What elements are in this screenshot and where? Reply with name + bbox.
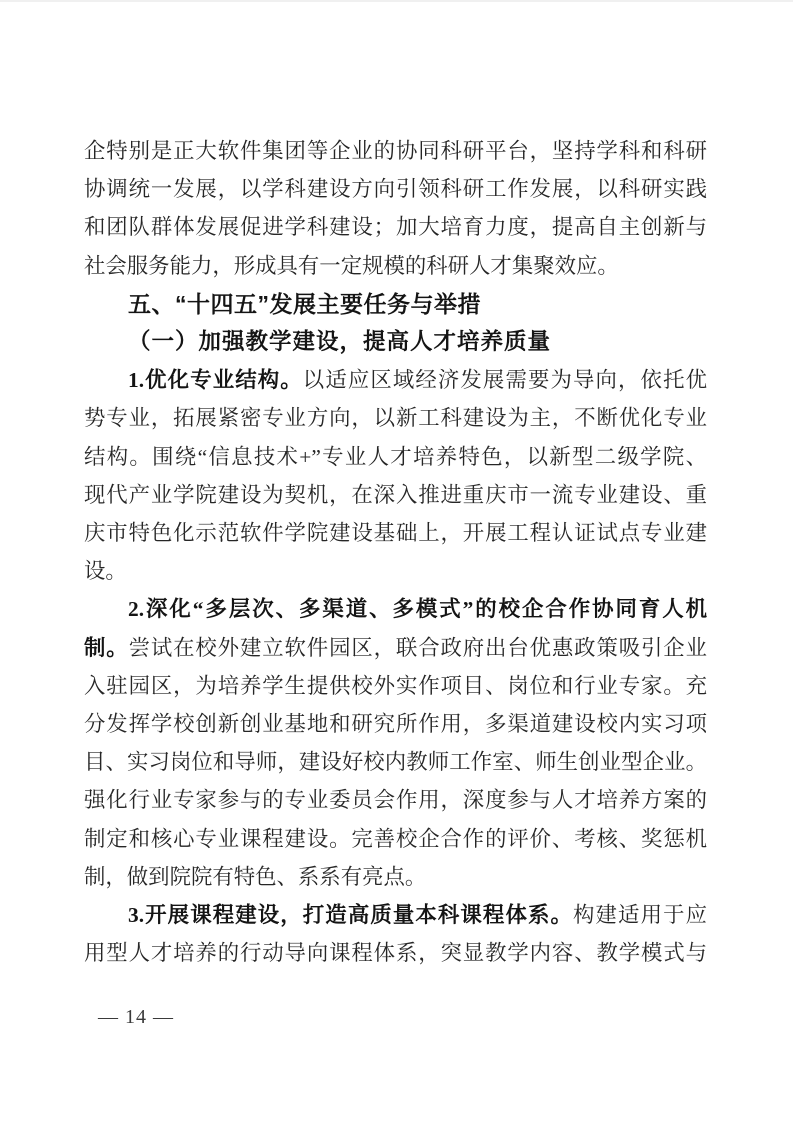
- emphasis-text: 制。: [84, 636, 129, 660]
- text-line: 入驻园区，为培养学生提供校外实作项目、岗位和行业专家。充: [84, 667, 707, 705]
- emphasis-text: 五、“十四五”发展主要任务与举措: [128, 291, 481, 317]
- body-text: 以适应区域经济发展需要为导向，依托优: [303, 368, 707, 392]
- body-text: 入驻园区，为培养学生提供校外实作项目、岗位和行业专家。充: [84, 674, 707, 698]
- body-text: 现代产业学院建设为契机，在深入推进重庆市一流专业建设、重: [84, 483, 707, 507]
- text-line: 势专业，拓展紧密专业方向，以新工科建设为主，不断优化专业: [84, 399, 707, 437]
- document-page: 企特别是正大软件集团等企业的协同科研平台，坚持学科和科研协调统一发展，以学科建设…: [0, 0, 793, 1122]
- body-text: 势专业，拓展紧密专业方向，以新工科建设为主，不断优化专业: [84, 406, 707, 430]
- emphasis-text: （一）加强教学建设，提高人才培养质量: [128, 329, 551, 354]
- body-text: 协调统一发展，以学科建设方向引领科研工作发展，以科研实践: [84, 177, 707, 201]
- body-text: 强化行业专家参与的专业委员会作用，深度参与人才培养方案的: [84, 788, 707, 812]
- body-text: 结构。围绕“信息技术+”专业人才培养特色，以新型二级学院、: [84, 445, 707, 469]
- body-text: 设。: [84, 559, 127, 583]
- text-line: 协调统一发展，以学科建设方向引领科研工作发展，以科研实践: [84, 170, 707, 208]
- emphasis-text: 2.深化“多层次、多渠道、多模式”的校企合作协同育人机: [128, 597, 707, 621]
- body-text: 用型人才培养的行动导向课程体系，突显教学内容、教学模式与: [84, 941, 707, 965]
- text-line: 五、“十四五”发展主要任务与举措: [84, 285, 707, 323]
- text-line: 3.开展课程建设，打造高质量本科课程体系。构建适用于应: [84, 896, 707, 934]
- body-text: 分发挥学校创新创业基地和研究所作用，多渠道建设校内实习项: [84, 712, 707, 736]
- text-line: 设。: [84, 552, 707, 590]
- text-line: 分发挥学校创新创业基地和研究所作用，多渠道建设校内实习项: [84, 705, 707, 743]
- text-line: 社会服务能力，形成具有一定规模的科研人才集聚效应。: [84, 247, 707, 285]
- body-text: 制定和核心专业课程建设。完善校企合作的评价、考核、奖惩机: [84, 827, 707, 851]
- body-text: 构建适用于应: [573, 903, 707, 927]
- body-text: 和团队群体发展促进学科建设；加大培育力度，提高自主创新与: [84, 215, 707, 239]
- page-number: — 14 —: [98, 1006, 174, 1029]
- text-line: 企特别是正大软件集团等企业的协同科研平台，坚持学科和科研: [84, 132, 707, 170]
- body-text: 目、实习岗位和导师，建设好校内教师工作室、师生创业型企业。: [84, 750, 707, 774]
- text-line: 制，做到院院有特色、系系有亮点。: [84, 858, 707, 896]
- text-line: 用型人才培养的行动导向课程体系，突显教学内容、教学模式与: [84, 934, 707, 972]
- text-line: 现代产业学院建设为契机，在深入推进重庆市一流专业建设、重: [84, 476, 707, 514]
- text-line: 强化行业专家参与的专业委员会作用，深度参与人才培养方案的: [84, 781, 707, 819]
- text-line: （一）加强教学建设，提高人才培养质量: [84, 323, 707, 361]
- body-text: 庆市特色化示范软件学院建设基础上，开展工程认证试点专业建: [84, 521, 707, 545]
- text-line: 制定和核心专业课程建设。完善校企合作的评价、考核、奖惩机: [84, 820, 707, 858]
- document-body: 企特别是正大软件集团等企业的协同科研平台，坚持学科和科研协调统一发展，以学科建设…: [84, 132, 707, 972]
- text-line: 制。尝试在校外建立软件园区，联合政府出台优惠政策吸引企业: [84, 629, 707, 667]
- body-text: 社会服务能力，形成具有一定规模的科研人才集聚效应。: [84, 254, 619, 278]
- body-text: 企特别是正大软件集团等企业的协同科研平台，坚持学科和科研: [84, 139, 707, 163]
- text-line: 庆市特色化示范软件学院建设基础上，开展工程认证试点专业建: [84, 514, 707, 552]
- body-text: 制，做到院院有特色、系系有亮点。: [84, 865, 426, 889]
- text-line: 2.深化“多层次、多渠道、多模式”的校企合作协同育人机: [84, 590, 707, 628]
- text-line: 1.优化专业结构。以适应区域经济发展需要为导向，依托优: [84, 361, 707, 399]
- text-line: 结构。围绕“信息技术+”专业人才培养特色，以新型二级学院、: [84, 438, 707, 476]
- body-text: 尝试在校外建立软件园区，联合政府出台优惠政策吸引企业: [129, 636, 707, 660]
- emphasis-text: 1.优化专业结构。: [128, 368, 303, 392]
- emphasis-text: 3.开展课程建设，打造高质量本科课程体系。: [128, 903, 573, 927]
- text-line: 和团队群体发展促进学科建设；加大培育力度，提高自主创新与: [84, 208, 707, 246]
- text-line: 目、实习岗位和导师，建设好校内教师工作室、师生创业型企业。: [84, 743, 707, 781]
